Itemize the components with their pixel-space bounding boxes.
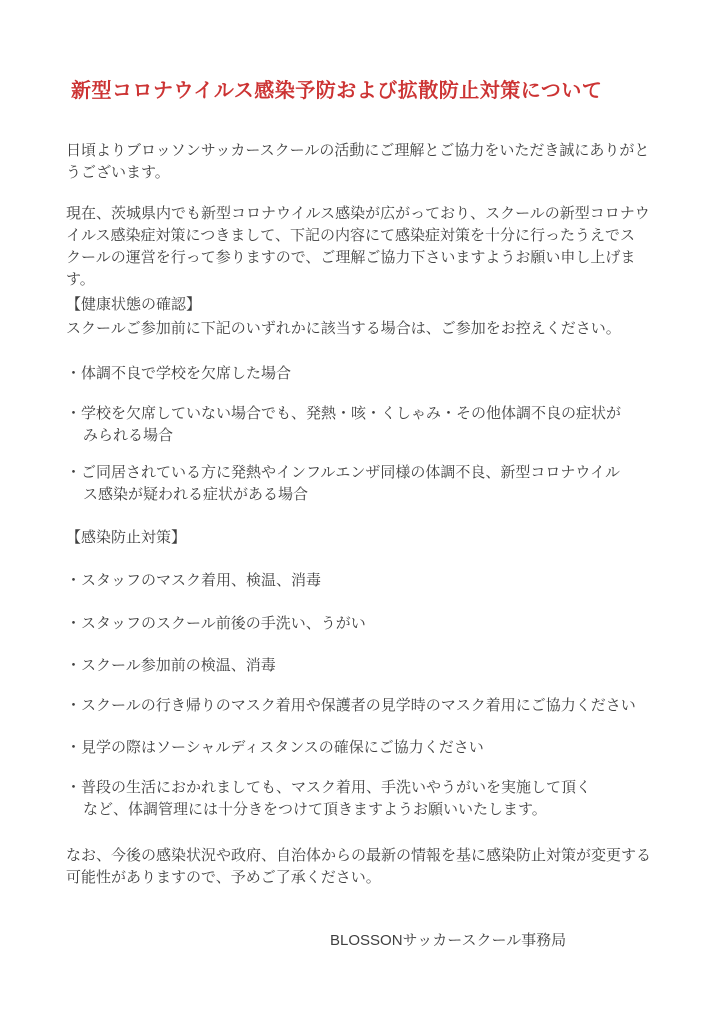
section-lead-health-check: スクールご参加前に下記のいずれかに該当する場合は、ご参加をお控えください。 [66,318,658,340]
bullet-item: ・見学の際はソーシャルディスタンスの確保にご協力ください [66,737,658,759]
section-heading-prevention-measures: 【感染防止対策】 [66,527,658,549]
section-heading-health-check: 【健康状態の確認】 [66,294,658,316]
intro-paragraph-2: 現在、茨城県内でも新型コロナウイルス感染が広がっており、スクールの新型コロナウ … [66,203,658,291]
section-health-check: 【健康状態の確認】 スクールご参加前に下記のいずれかに該当する場合は、ご参加をお… [66,294,658,506]
document-page: 新型コロナウイルス感染予防および拡散防止対策について 日頃よりブロッソンサッカー… [0,0,724,1024]
closing-paragraph: なお、今後の感染状況や政府、自治体からの最新の情報を基に感染防止対策が変更する … [66,845,658,889]
bullet-item: ・スタッフのマスク着用、検温、消毒 [66,570,658,592]
bullet-item: ・スクールの行き帰りのマスク着用や保護者の見学時のマスク着用にご協力ください [66,695,658,717]
section-prevention-measures: 【感染防止対策】 ・スタッフのマスク着用、検温、消毒 ・スタッフのスクール前後の… [66,527,658,821]
bullet-item: ・スクール参加前の検温、消毒 [66,655,658,677]
bullet-item: ・学校を欠席していない場合でも、発熱・咳・くしゃみ・その他体調不良の症状が みら… [66,403,658,447]
document-title: 新型コロナウイルス感染予防および拡散防止対策について [71,78,658,104]
intro-paragraph-1: 日頃よりブロッソンサッカースクールの活動にご理解とご協力をいただき誠にありがと … [66,140,658,184]
bullet-item: ・普段の生活におかれましても、マスク着用、手洗いやうがいを実施して頂く など、体… [66,777,658,821]
bullet-item: ・スタッフのスクール前後の手洗い、うがい [66,613,658,635]
bullet-item: ・体調不良で学校を欠席した場合 [66,363,658,385]
bullet-item: ・ご同居されている方に発熱やインフルエンザ同様の体調不良、新型コロナウイル ス感… [66,462,658,506]
signature: BLOSSONサッカースクール事務局 [330,930,658,952]
